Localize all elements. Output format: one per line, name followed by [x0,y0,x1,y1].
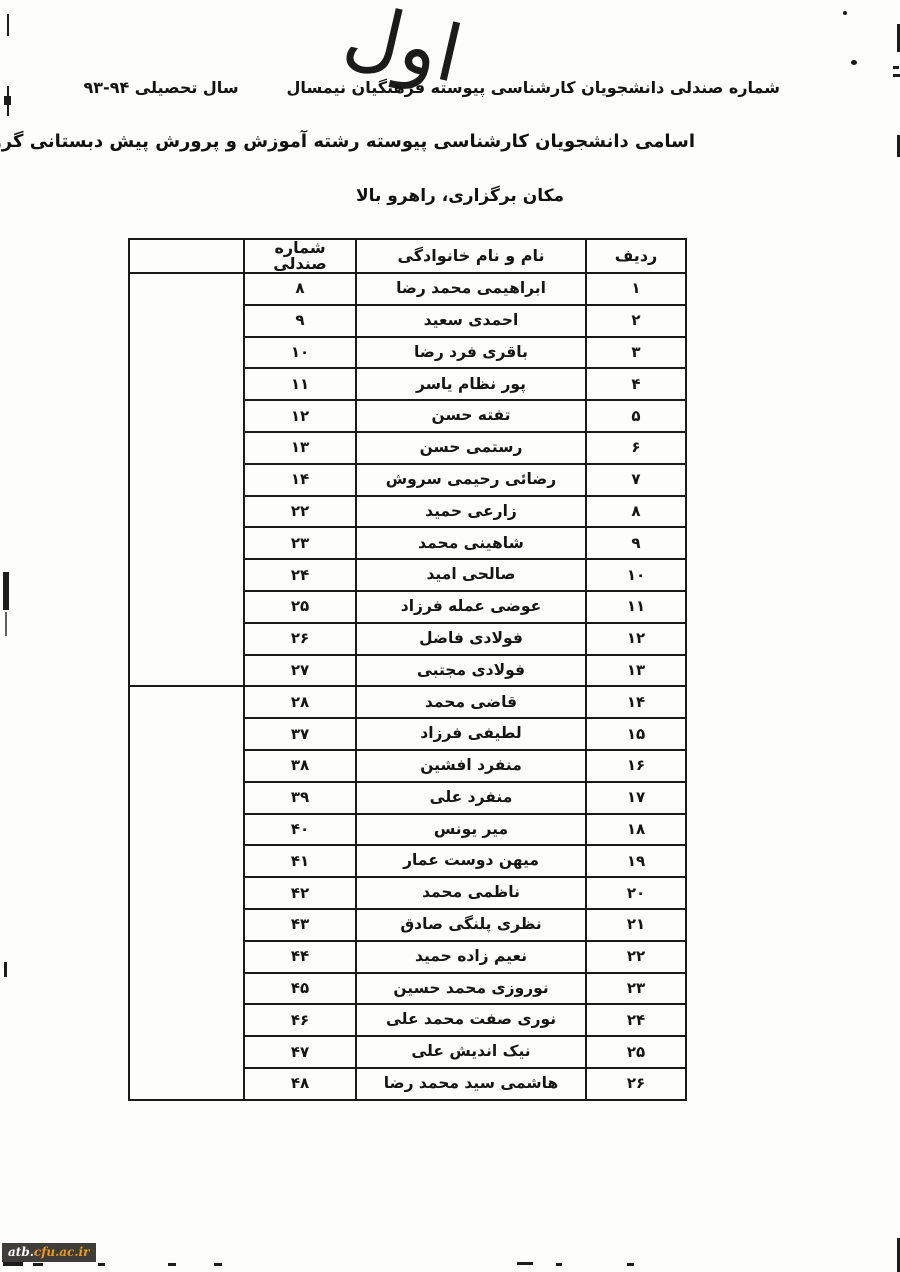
student-name-cell: ابراهیمی محمد رضا [356,273,586,305]
header-line-tail: سال تحصیلی [135,78,239,97]
table-row: ۱ابراهیمی محمد رضا۸ [129,273,686,305]
watermark-domain: cfu.ac.ir [34,1245,90,1259]
student-name-cell: تفته حسن [356,400,586,432]
seat-number-cell: ۳۷ [244,718,356,750]
row-number-cell: ۱۰ [586,559,686,591]
student-name-cell: باقری فرد رضا [356,337,586,369]
row-number-cell: ۲۶ [586,1068,686,1100]
seat-number-cell: ۲۴ [244,559,356,591]
scan-artifact [4,962,7,977]
row-number-cell: ۱۶ [586,750,686,782]
row-number-cell: ۲۴ [586,1004,686,1036]
seat-number-cell: ۱۲ [244,400,356,432]
student-name-cell: عوضی عمله فرزاد [356,591,586,623]
seat-number-cell: ۴۲ [244,877,356,909]
seat-number-cell: ۴۶ [244,1004,356,1036]
row-number-cell: ۱۷ [586,782,686,814]
student-name-cell: شاهینی محمد [356,527,586,559]
student-name-cell: نعیم زاده حمید [356,941,586,973]
row-number-cell: ۴ [586,368,686,400]
seat-number-cell: ۴۳ [244,909,356,941]
row-number-cell: ۲۱ [586,909,686,941]
seat-number-cell: ۱۰ [244,337,356,369]
student-name-cell: پور نظام یاسر [356,368,586,400]
seat-number-cell: ۴۱ [244,845,356,877]
student-table-body: ۱ابراهیمی محمد رضا۸۲احمدی سعید۹۳باقری فر… [129,273,686,1100]
scan-artifact [7,14,9,36]
student-name-cell: ناظمی محمد [356,877,586,909]
scan-artifact [214,1263,222,1266]
scanned-document-page: اول شماره صندلی دانشجویان کارشناسی پیوست… [0,0,900,1272]
student-name-cell: میر یونس [356,814,586,846]
student-name-cell: زارعی حمید [356,496,586,528]
student-name-cell: احمدی سعید [356,305,586,337]
row-number-cell: ۹ [586,527,686,559]
row-number-cell: ۱۳ [586,655,686,687]
scan-artifact [556,1263,562,1266]
student-name-cell: منفرد علی [356,782,586,814]
seat-number-cell: ۲۶ [244,623,356,655]
seat-number-cell: ۴۵ [244,973,356,1005]
row-number-cell: ۲ [586,305,686,337]
row-number-cell: ۱ [586,273,686,305]
row-number-cell: ۱۱ [586,591,686,623]
student-name-cell: فولادی فاضل [356,623,586,655]
row-number-cell: ۱۴ [586,686,686,718]
row-number-cell: ۱۵ [586,718,686,750]
row-number-cell: ۲۳ [586,973,686,1005]
student-name-cell: نظری پلنگی صادق [356,909,586,941]
watermark-prefix: atb. [8,1245,34,1259]
seat-number-cell: ۴۸ [244,1068,356,1100]
student-name-cell: قاضی محمد [356,686,586,718]
row-number-cell: ۶ [586,432,686,464]
academic-year: ۹۳-۹۴ [84,78,130,97]
seat-number-cell: ۳۹ [244,782,356,814]
seat-number-cell: ۲۳ [244,527,356,559]
student-name-cell: هاشمی سید محمد رضا [356,1068,586,1100]
seat-number-cell: ۲۸ [244,686,356,718]
scan-artifact [851,60,857,65]
scan-artifact [893,74,900,77]
seat-number-cell: ۱۴ [244,464,356,496]
row-number-cell: ۸ [586,496,686,528]
row-number-cell: ۱۸ [586,814,686,846]
scan-artifact [33,1263,43,1266]
group-span-cell [129,686,244,1099]
scan-artifact [3,572,9,610]
row-number-cell: ۲۲ [586,941,686,973]
student-name-cell: نوروزی محمد حسین [356,973,586,1005]
seat-number-cell: ۱۳ [244,432,356,464]
student-name-cell: لطیفی فرزاد [356,718,586,750]
seat-number-cell: ۱۱ [244,368,356,400]
scan-artifact [517,1262,533,1265]
seat-number-cell: ۸ [244,273,356,305]
seat-number-cell: ۲۵ [244,591,356,623]
row-number-cell: ۷ [586,464,686,496]
student-name-cell: رستمی حسن [356,432,586,464]
scan-artifact [3,1262,23,1266]
scan-artifact [98,1263,105,1266]
document-title: اسامی دانشجویان کارشناسی پیوسته رشته آمو… [50,131,695,152]
student-name-cell: فولادی مجتبی [356,655,586,687]
row-number-cell: ۱۹ [586,845,686,877]
site-watermark: atb.cfu.ac.ir [2,1243,96,1262]
student-name-cell: نیک اندیش علی [356,1036,586,1068]
seat-number-cell: ۲۷ [244,655,356,687]
student-name-cell: رضائی رحیمی سروش [356,464,586,496]
seat-number-cell: ۲۲ [244,496,356,528]
row-number-cell: ۳ [586,337,686,369]
header-line-main: شماره صندلی دانشجویان کارشناسی پیوسته فر… [287,78,780,97]
row-number-cell: ۲۵ [586,1036,686,1068]
scan-artifact [168,1263,176,1266]
table-row: ۱۴قاضی محمد۲۸ [129,686,686,718]
column-header-seat: شماره صندلی [244,239,356,273]
scan-artifact [843,11,847,15]
seat-number-cell: ۴۴ [244,941,356,973]
seat-number-cell: ۴۷ [244,1036,356,1068]
column-header-group-empty [129,239,244,273]
student-name-cell: میهن دوست عمار [356,845,586,877]
table-header-row: ردیف نام و نام خانوادگی شماره صندلی [129,239,686,273]
students-table: ردیف نام و نام خانوادگی شماره صندلی ۱ابر… [128,238,687,1101]
column-header-name: نام و نام خانوادگی [356,239,586,273]
row-number-cell: ۱۲ [586,623,686,655]
column-header-radif: ردیف [586,239,686,273]
scan-artifact [5,612,7,636]
row-number-cell: ۵ [586,400,686,432]
student-name-cell: صالحی امید [356,559,586,591]
group-span-cell [129,273,244,686]
exam-location: مکان برگزاری، راهرو بالا [330,186,590,206]
seat-number-cell: ۹ [244,305,356,337]
student-name-cell: نوری صفت محمد علی [356,1004,586,1036]
scan-artifact [4,96,11,105]
seat-number-cell: ۳۸ [244,750,356,782]
document-header-line: شماره صندلی دانشجویان کارشناسی پیوسته فر… [120,78,780,97]
scan-artifact [893,66,899,69]
seat-number-cell: ۴۰ [244,814,356,846]
student-name-cell: منفرد افشین [356,750,586,782]
scan-artifact [627,1263,634,1266]
row-number-cell: ۲۰ [586,877,686,909]
